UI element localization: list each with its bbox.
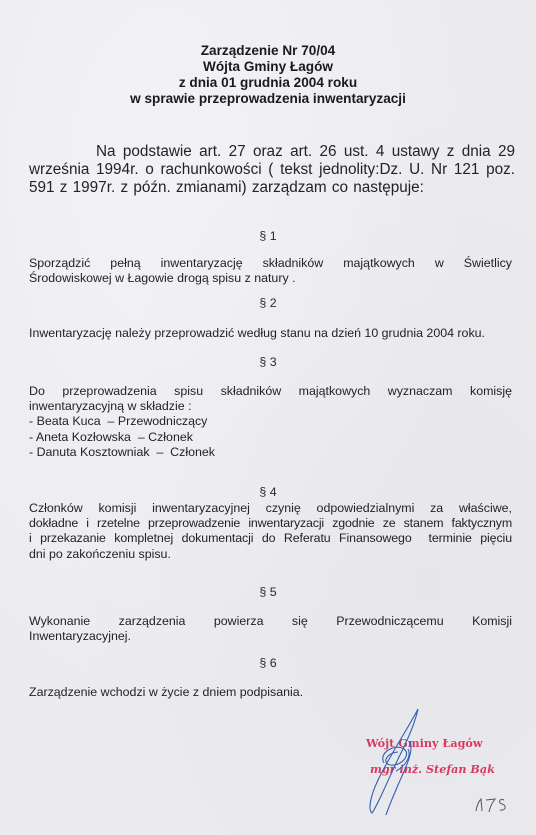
section-3-line-1: Do przeprowadzenia spisu składników mają…: [29, 384, 512, 399]
section-5-text: Wykonanie zarządzenia powierza się Przew…: [29, 614, 512, 644]
section-5-line-1: Wykonanie zarządzenia powierza się Przew…: [29, 614, 512, 629]
section-mark-2: § 2: [0, 296, 536, 310]
committee-member-1: - Beata Kuca – Przewodniczący: [29, 414, 512, 429]
section-mark-5: § 5: [0, 585, 536, 599]
section-4-line-4: dni po zakończeniu spisu.: [29, 547, 512, 562]
section-1-text: Sporządzić pełną inwentaryzację składnik…: [29, 256, 512, 286]
committee-member-3: - Danuta Kosztowniak – Członek: [29, 445, 512, 460]
section-4-line-2: dokładne i rzetelne przeprowadzenie inwe…: [29, 516, 512, 531]
section-1-line-1: Sporządzić pełną inwentaryzację składnik…: [29, 256, 512, 271]
section-3-text: Do przeprowadzenia spisu składników mają…: [29, 384, 512, 460]
title-line-4: w sprawie przeprowadzenia inwentaryzacji: [0, 91, 536, 107]
committee-member-2: - Aneta Kozłowska – Członek: [29, 430, 512, 445]
section-3-line-2: inwentaryzacyjną w składzie :: [29, 399, 512, 414]
section-6-line-1: Zarządzenie wchodzi w życie z dniem podp…: [29, 685, 512, 700]
section-6-text: Zarządzenie wchodzi w życie z dniem podp…: [29, 685, 512, 700]
section-2-text: Inwentaryzację należy przeprowadzić wedł…: [29, 326, 512, 341]
title-line-3: z dnia 01 grudnia 2004 roku: [0, 75, 536, 91]
document-title: Zarządzenie Nr 70/04 Wójta Gminy Łagów z…: [0, 43, 536, 107]
section-4-line-3: i przekazanie kompletnej dokumentacji do…: [29, 531, 512, 546]
signature-icon: [360, 705, 450, 820]
section-5-line-2: Inwentaryzacyjnej.: [29, 629, 512, 644]
section-mark-3: § 3: [0, 355, 536, 369]
title-line-1: Zarządzenie Nr 70/04: [0, 43, 536, 59]
handwritten-page-number-icon: [473, 793, 513, 817]
scanned-page: Zarządzenie Nr 70/04 Wójta Gminy Łagów z…: [0, 0, 536, 835]
section-mark-4: § 4: [0, 485, 536, 499]
intro-paragraph: Na podstawie art. 27 oraz art. 26 ust. 4…: [29, 143, 515, 198]
intro-line-1: Na podstawie art. 27 oraz art. 26 ust. 4…: [29, 143, 515, 161]
section-1-line-2: Środowiskowej w Łagowie drogą spisu z na…: [29, 271, 512, 286]
title-line-2: Wójta Gminy Łagów: [0, 59, 536, 75]
section-mark-1: § 1: [0, 229, 536, 243]
section-mark-6: § 6: [0, 656, 536, 670]
section-4-line-1: Członków komisji inwentaryzacyjnej czyni…: [29, 501, 512, 516]
intro-line-3: 591 z 1997r. z późn. zmianami) zarządzam…: [29, 179, 515, 197]
section-4-text: Członków komisji inwentaryzacyjnej czyni…: [29, 501, 512, 562]
intro-line-2: września 1994r. o rachunkowości ( tekst …: [29, 161, 515, 179]
section-2-line-1: Inwentaryzację należy przeprowadzić wedł…: [29, 326, 512, 341]
